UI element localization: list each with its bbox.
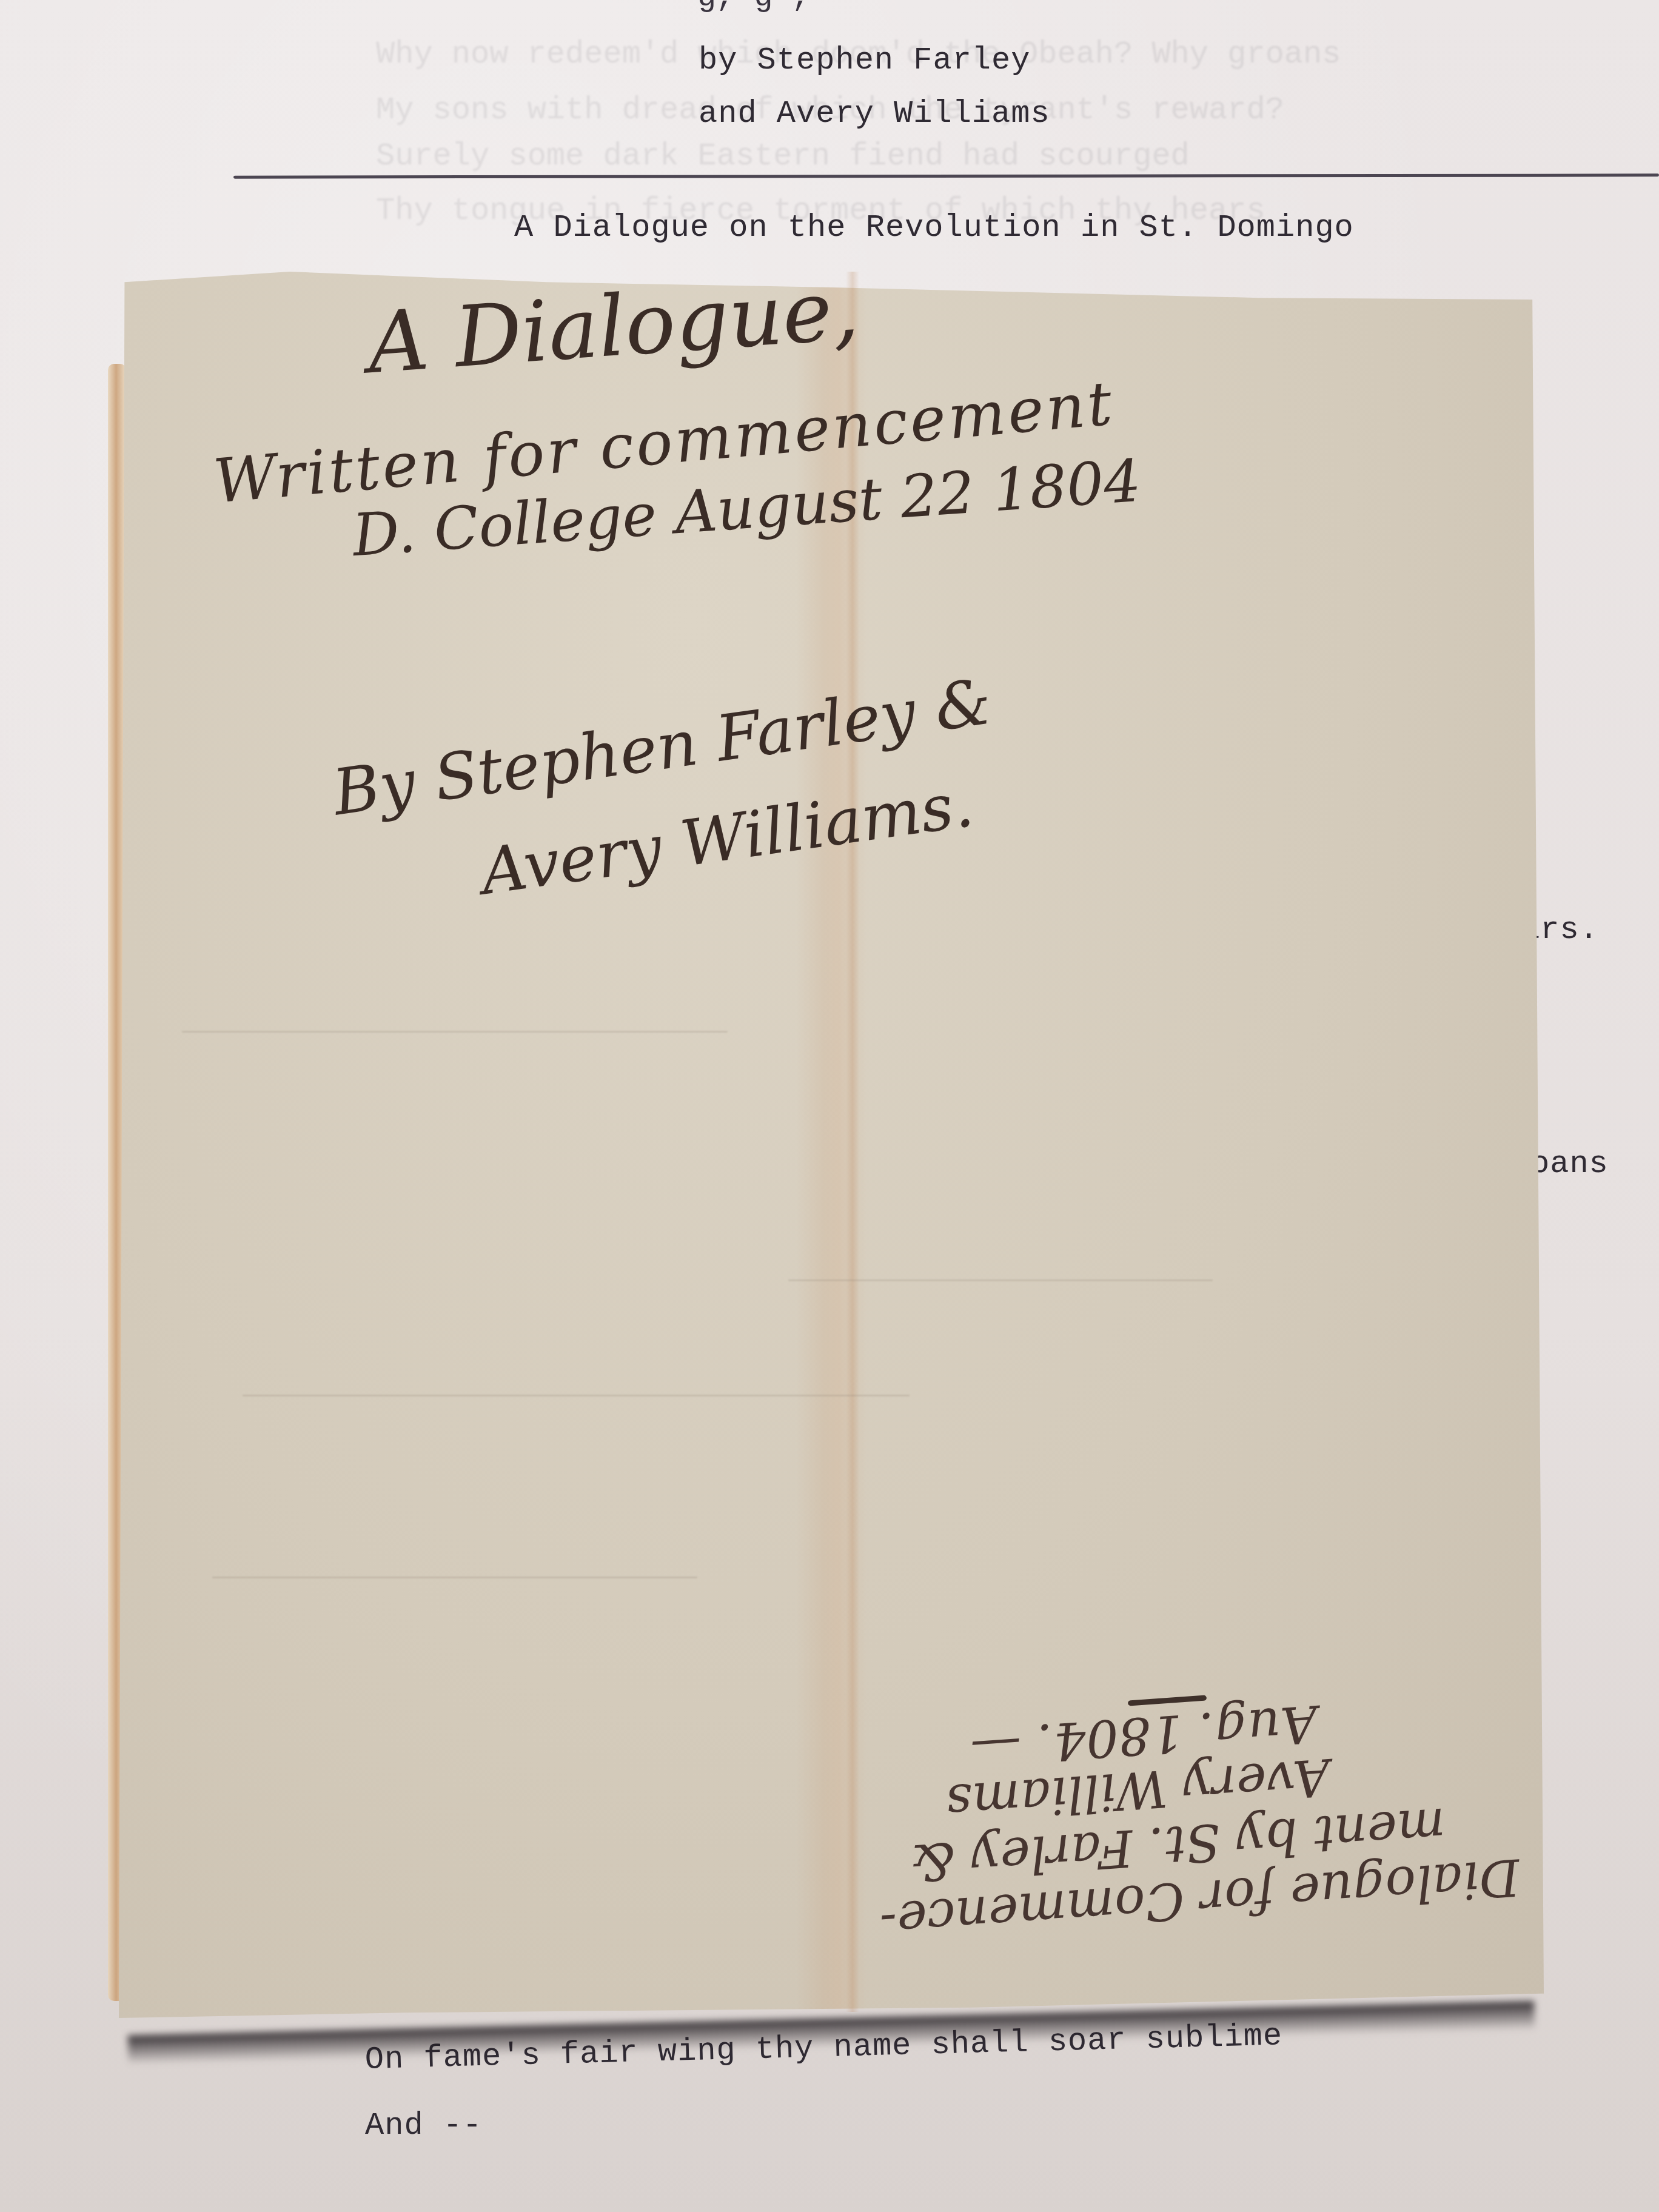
typed-heading: A Dialogue on the Revolution in St. Domi… (514, 212, 1354, 244)
paper-crease-mark (182, 1031, 728, 1033)
typed-author-line: by Stephen Farley (699, 45, 1031, 76)
paper-crease-mark (212, 1577, 697, 1578)
typed-fragment: oans (1530, 1148, 1609, 1180)
paper-crease-mark (788, 1279, 1213, 1281)
bleed-through-line: Surely some dark Eastern fiend had scour… (376, 138, 1190, 174)
typed-author-line: and Avery Williams (699, 98, 1050, 130)
typed-verse-line: And -- (365, 2110, 482, 2142)
paper-crease-mark (243, 1395, 910, 1396)
cutoff-typed-line: g, g , (697, 0, 811, 15)
typed-divider-rule (233, 173, 1659, 178)
